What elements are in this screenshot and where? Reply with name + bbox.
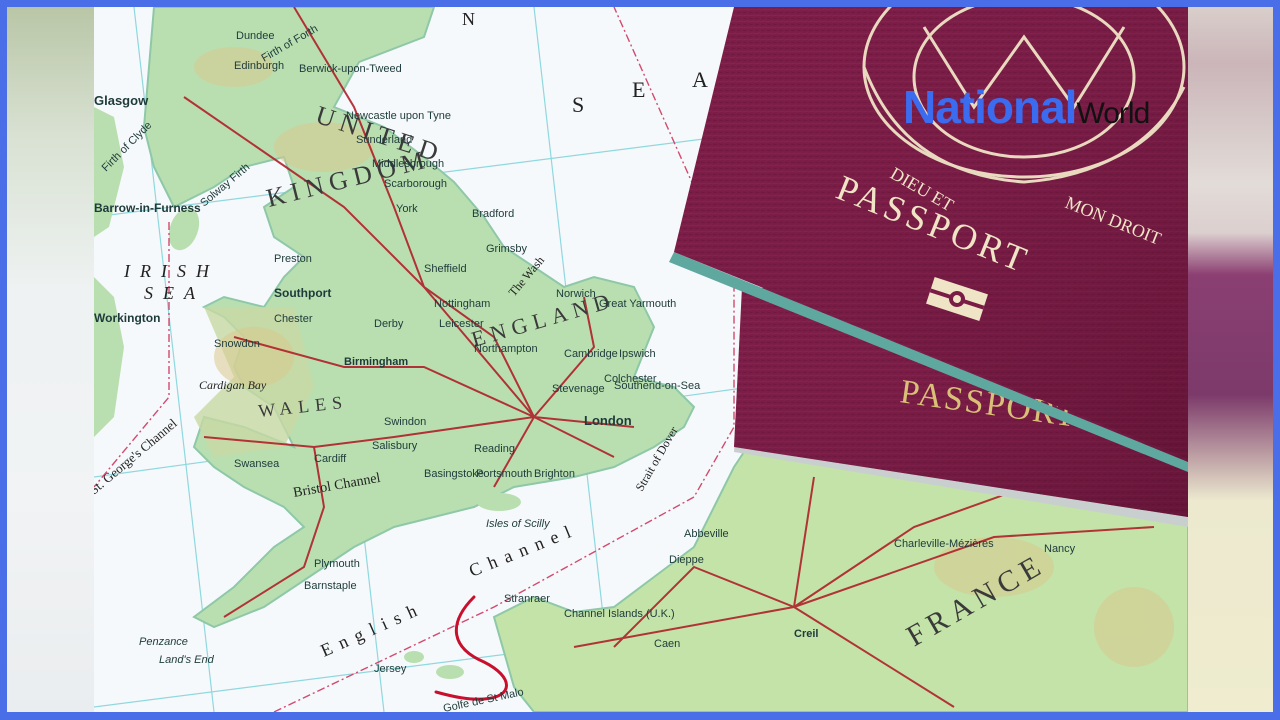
video-frame: UNITED KINGDOM ENGLAND WALES FRANCE N S … xyxy=(7,7,1273,712)
nationalworld-logo: National World xyxy=(903,85,1149,129)
logo-world-text: World xyxy=(1076,99,1149,129)
blurred-right-panel xyxy=(1188,7,1273,712)
blurred-left-panel xyxy=(7,7,94,712)
logo-national-text: National xyxy=(903,85,1076,129)
